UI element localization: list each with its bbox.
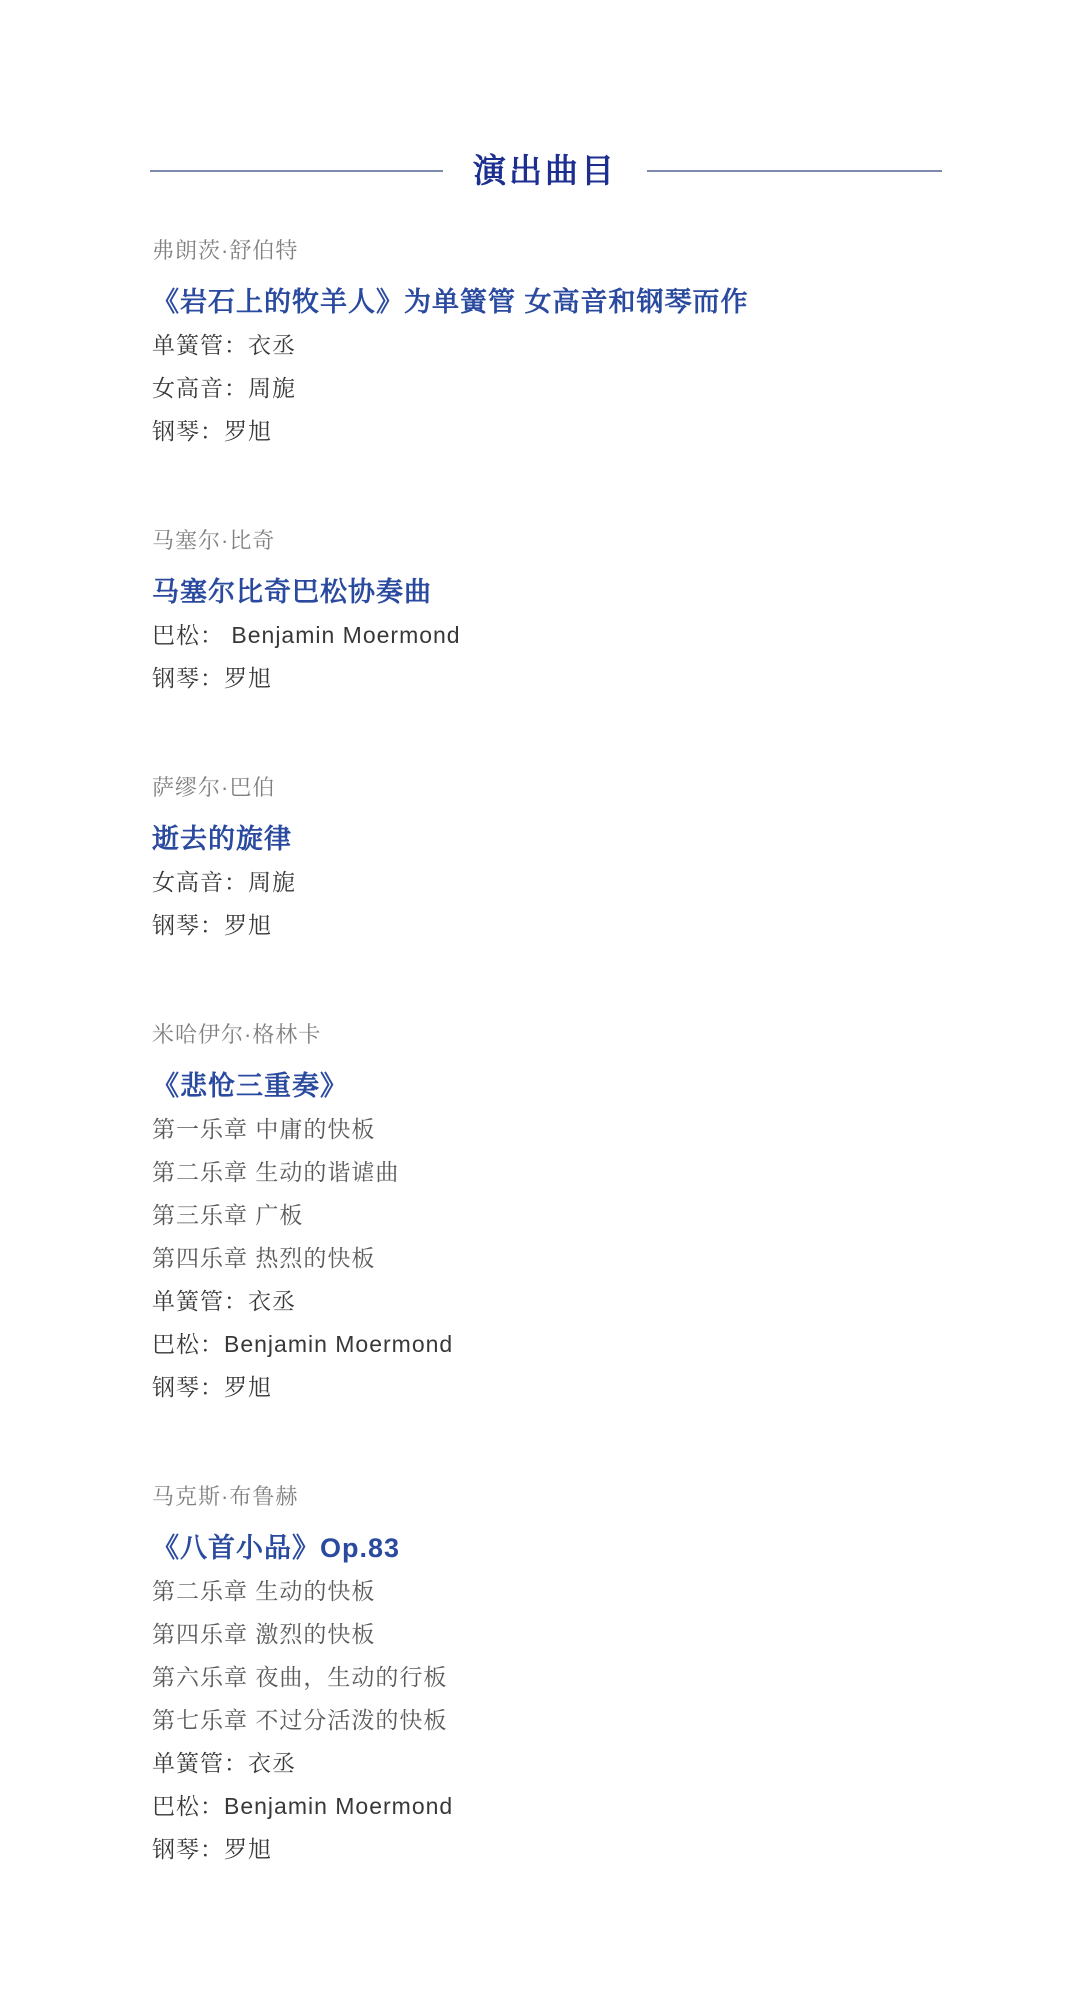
performer-line: 钢琴：罗旭	[152, 665, 1080, 691]
program-section-bitsch: 马塞尔·比奇 马塞尔比奇巴松协奏曲 巴松： Benjamin Moermond …	[152, 528, 1080, 691]
piece-title: 《悲怆三重奏》	[152, 1070, 1080, 1102]
piece-title: 马塞尔比奇巴松协奏曲	[152, 576, 1080, 608]
piece-title: 《岩石上的牧羊人》为单簧管 女高音和钢琴而作	[152, 286, 1080, 318]
movement-line: 第一乐章 中庸的快板	[152, 1116, 1080, 1142]
performer-line: 单簧管：衣丞	[152, 1288, 1080, 1314]
program-section-bruch: 马克斯·布鲁赫 《八首小品》Op.83 第二乐章 生动的快板 第四乐章 激烈的快…	[152, 1484, 1080, 1862]
movement-line: 第四乐章 激烈的快板	[152, 1621, 1080, 1647]
performer-line: 巴松： Benjamin Moermond	[152, 622, 1080, 648]
movement-line: 第二乐章 生动的谐谑曲	[152, 1159, 1080, 1185]
movement-line: 第四乐章 热烈的快板	[152, 1245, 1080, 1271]
performer-line: 钢琴：罗旭	[152, 1374, 1080, 1400]
composer-name: 萨缪尔·巴伯	[152, 775, 1080, 801]
performer-line: 女高音：周旎	[152, 375, 1080, 401]
movement-line: 第六乐章 夜曲，生动的行板	[152, 1664, 1080, 1690]
performer-line: 巴松：Benjamin Moermond	[152, 1793, 1080, 1819]
piece-title: 《八首小品》Op.83	[152, 1532, 1080, 1564]
movement-line: 第三乐章 广板	[152, 1202, 1080, 1228]
program-section-barber: 萨缪尔·巴伯 逝去的旋律 女高音：周旎 钢琴：罗旭	[152, 775, 1080, 938]
performer-line: 单簧管：衣丞	[152, 1750, 1080, 1776]
performer-line: 巴松：Benjamin Moermond	[152, 1331, 1080, 1357]
movement-line: 第七乐章 不过分活泼的快板	[152, 1707, 1080, 1733]
performer-line: 钢琴：罗旭	[152, 912, 1080, 938]
composer-name: 弗朗茨·舒伯特	[152, 238, 1080, 264]
composer-name: 马塞尔·比奇	[152, 528, 1080, 554]
performer-line: 单簧管：衣丞	[152, 332, 1080, 358]
program-header: 演出曲目	[0, 0, 1080, 192]
performer-line: 钢琴：罗旭	[152, 1836, 1080, 1862]
movement-line: 第二乐章 生动的快板	[152, 1578, 1080, 1604]
piece-title: 逝去的旋律	[152, 823, 1080, 855]
composer-name: 米哈伊尔·格林卡	[152, 1022, 1080, 1048]
divider-line-right	[647, 170, 942, 172]
performer-line: 女高音：周旎	[152, 869, 1080, 895]
program-list: 弗朗茨·舒伯特 《岩石上的牧羊人》为单簧管 女高音和钢琴而作 单簧管：衣丞 女高…	[0, 238, 1080, 1862]
page-title: 演出曲目	[473, 150, 617, 192]
divider-line-left	[150, 170, 443, 172]
program-section-glinka: 米哈伊尔·格林卡 《悲怆三重奏》 第一乐章 中庸的快板 第二乐章 生动的谐谑曲 …	[152, 1022, 1080, 1400]
performer-line: 钢琴：罗旭	[152, 418, 1080, 444]
composer-name: 马克斯·布鲁赫	[152, 1484, 1080, 1510]
program-section-schubert: 弗朗茨·舒伯特 《岩石上的牧羊人》为单簧管 女高音和钢琴而作 单簧管：衣丞 女高…	[152, 238, 1080, 444]
